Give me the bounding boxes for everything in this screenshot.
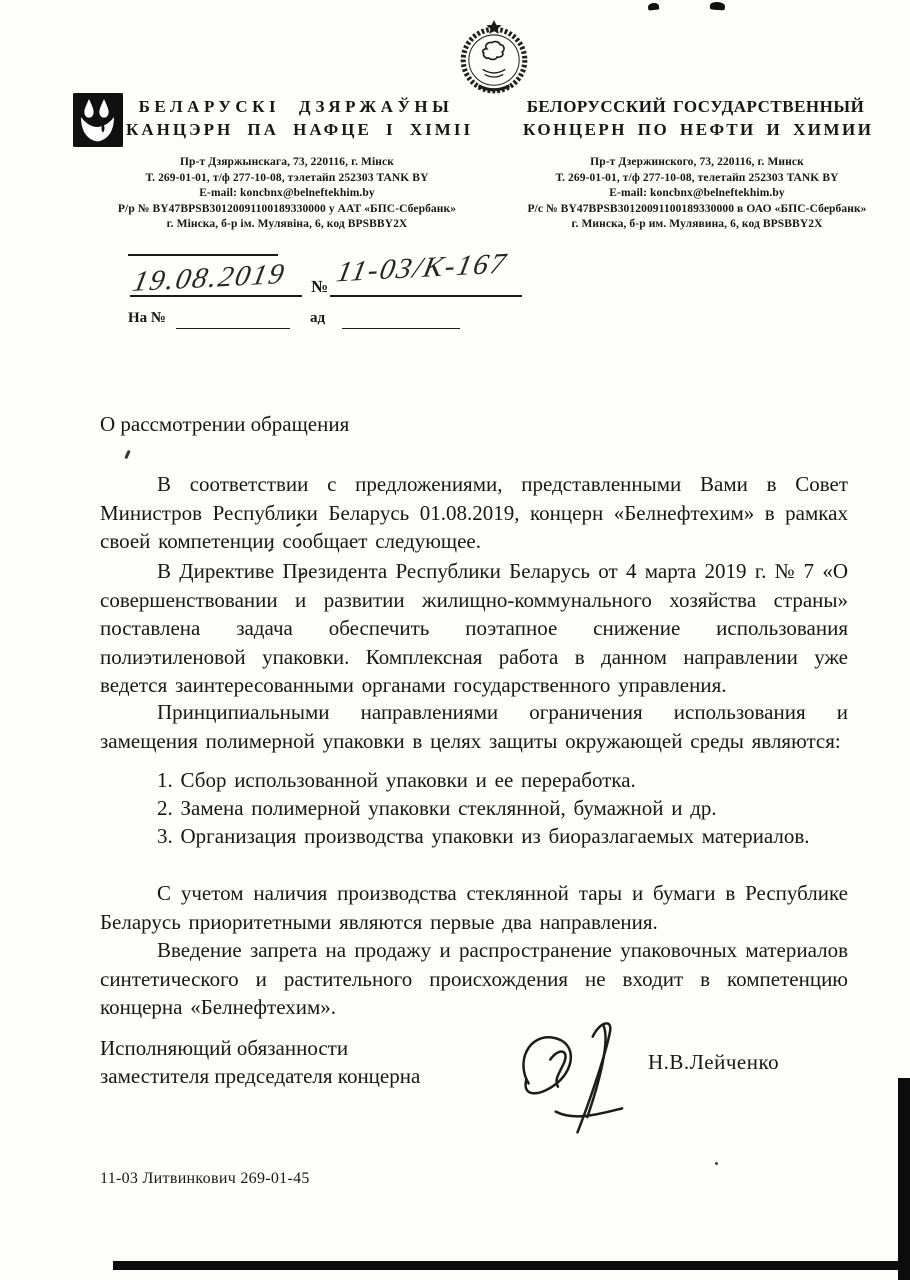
address-block-belarusian: Пр-т Дзяржынскага, 73, 220116, г. Мінск …	[92, 155, 482, 233]
address-block-russian: Пр-т Дзержинского, 73, 220116, г. Минск …	[502, 155, 892, 233]
outgoing-number-label: №	[311, 277, 328, 297]
reply-to-number-label: На №	[128, 310, 166, 327]
address-line: Т. 269-01-01, т/ф 277-10-08, тэлетайп 25…	[92, 171, 482, 187]
body-paragraph: В соответствии с предложениями, представ…	[100, 470, 848, 556]
handwritten-date: 19.08.2019	[130, 258, 289, 299]
address-line: Пр-т Дзяржынскага, 73, 220116, г. Мінск	[92, 155, 482, 171]
signer-title-line1: Исполняющий обязанности	[100, 1034, 420, 1062]
address-line: г. Мінска, б-р ім. Мулявіна, 6, код BPSB…	[92, 217, 482, 233]
executor-note: 11-03 Литвинкович 269-01-45	[100, 1170, 310, 1188]
scan-artifact-dot	[715, 1162, 718, 1165]
scanned-letter-page: БЕЛАРУСКІ ДЗЯРЖАЎНЫ КАНЦЭРН ПА НАФЦЕ І Х…	[0, 0, 910, 1280]
address-line: E-mail: koncbnx@belneftekhim.by	[502, 186, 892, 202]
signer-title-line2: заместителя председателя концерна	[100, 1062, 420, 1090]
address-line: г. Минска, б-р им. Мулявина, 6, код BPSB…	[502, 217, 892, 233]
date-field-underline	[130, 295, 302, 297]
org-name-ru-line1: БЕЛОРУССКИЙ ГОСУДАРСТВЕННЫЙ	[523, 95, 868, 118]
address-line: Р/с № BY47BPSB30120091100189330000 в ОАО…	[502, 202, 892, 218]
signer-name: Н.В.Лейченко	[648, 1050, 779, 1075]
belarus-coat-of-arms-icon	[455, 18, 533, 96]
scan-artifact-top-left-mark	[648, 2, 660, 10]
signer-title: Исполняющий обязанности заместителя пред…	[100, 1034, 420, 1090]
handwritten-signature	[505, 1016, 650, 1141]
scan-artifact-right-bar	[898, 1078, 910, 1280]
reply-date-underline	[342, 328, 460, 329]
org-name-belarusian: БЕЛАРУСКІ ДЗЯРЖАЎНЫ КАНЦЭРН ПА НАФЦЕ І Х…	[126, 95, 466, 141]
belneftekhim-logo-icon	[73, 93, 123, 147]
scan-artifact-bottom-bar	[113, 1261, 910, 1270]
reply-from-date-label: ад	[310, 310, 325, 327]
letter-subject: О рассмотрении обращения	[100, 412, 349, 437]
body-list-item: 1. Сбор использованной упаковки и ее пер…	[100, 766, 848, 795]
date-field-top-rule	[128, 254, 278, 256]
org-name-ru-line2: КОНЦЕРН ПО НЕФТИ И ХИМИИ	[523, 118, 868, 141]
handwritten-outgoing-number: 11-03/К-167	[334, 248, 510, 290]
scan-artifact-top-right-mark	[710, 1, 726, 10]
body-paragraph: Принципиальными направлениями ограничени…	[100, 698, 848, 755]
address-line: Р/р № BY47BPSB30120091100189330000 у ААТ…	[92, 202, 482, 218]
address-line: Т. 269-01-01, т/ф 277-10-08, телетайп 25…	[502, 171, 892, 187]
address-line: Пр-т Дзержинского, 73, 220116, г. Минск	[502, 155, 892, 171]
body-paragraph: В Директиве Президента Республики Белару…	[100, 557, 848, 700]
body-list-item: 3. Организация производства упаковки из …	[100, 822, 848, 851]
org-name-by-line1: БЕЛАРУСКІ ДЗЯРЖАЎНЫ	[126, 95, 466, 118]
body-paragraph: Введение запрета на продажу и распростра…	[100, 936, 848, 1022]
number-field-underline	[330, 295, 522, 297]
org-name-russian: БЕЛОРУССКИЙ ГОСУДАРСТВЕННЫЙ КОНЦЕРН ПО Н…	[523, 95, 868, 141]
reply-number-underline	[176, 328, 290, 329]
address-line: E-mail: koncbnx@belneftekhim.by	[92, 186, 482, 202]
body-paragraph: С учетом наличия производства стеклянной…	[100, 879, 848, 936]
org-name-by-line2: КАНЦЭРН ПА НАФЦЕ І ХІМІІ	[126, 118, 466, 141]
scan-artifact-tick	[124, 450, 130, 459]
body-list-item: 2. Замена полимерной упаковки стеклянной…	[100, 794, 848, 823]
